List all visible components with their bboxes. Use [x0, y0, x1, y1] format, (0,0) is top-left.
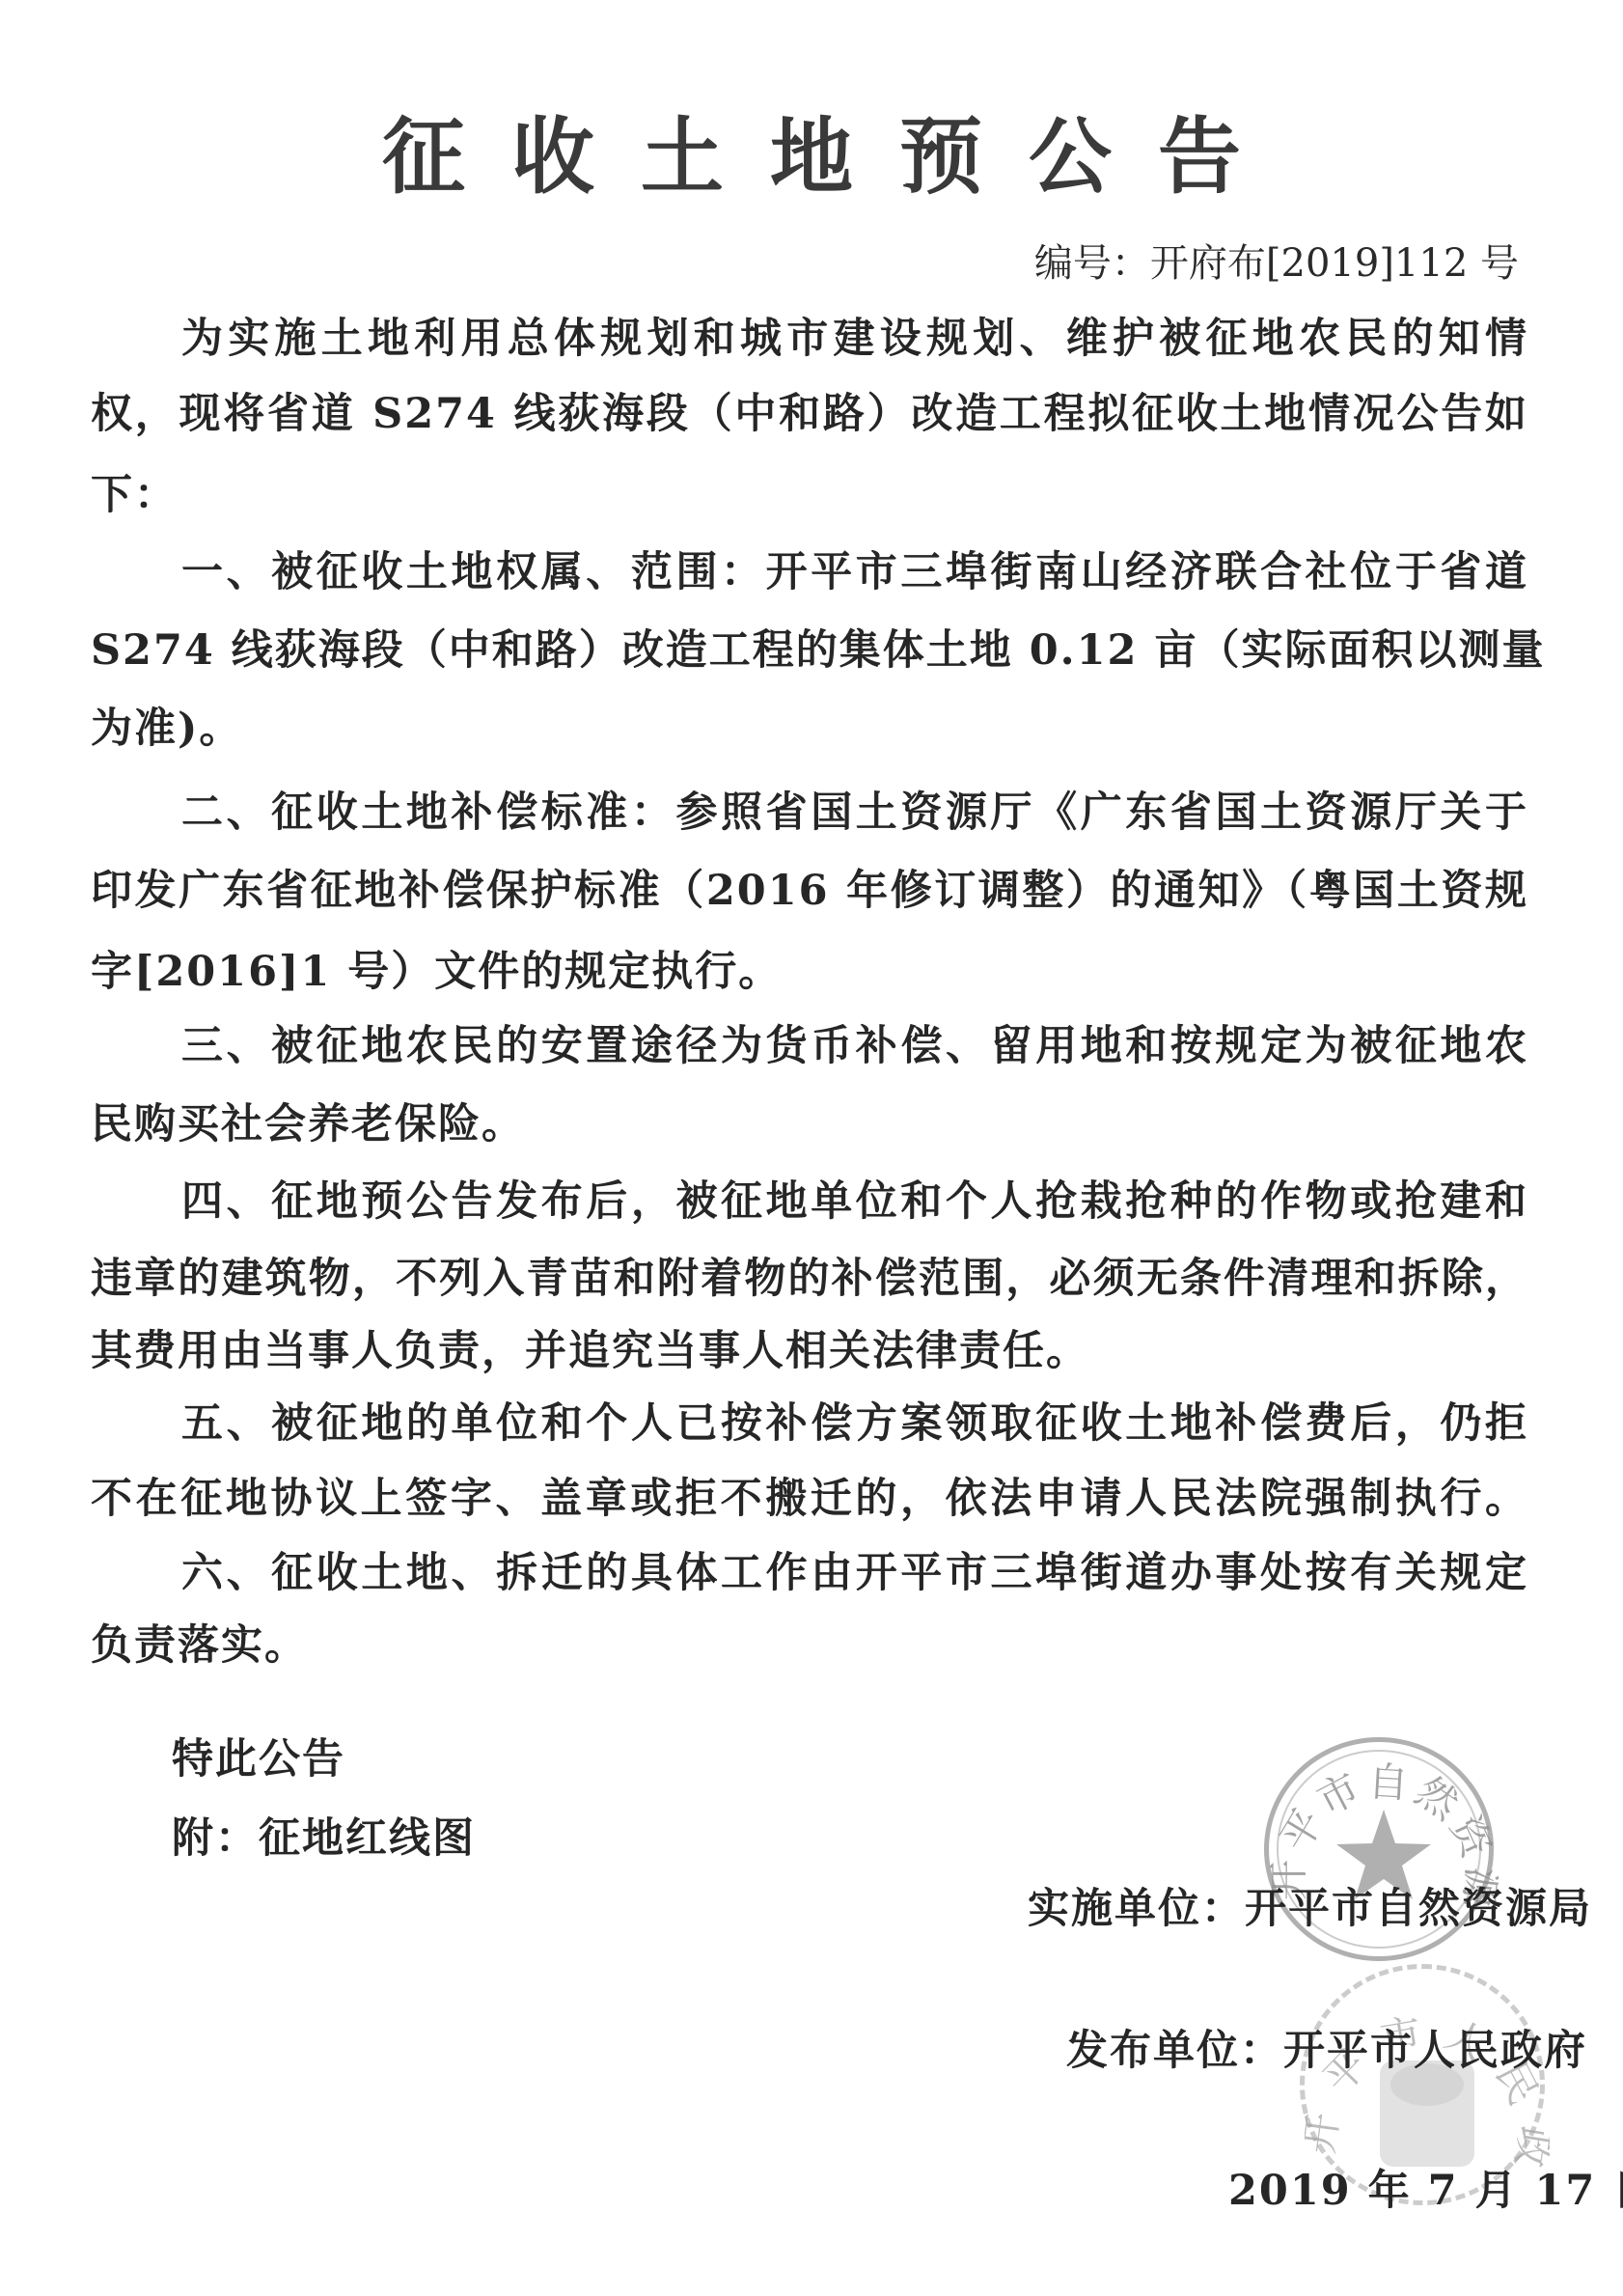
section-2-line-2: 印发广东省征地补偿保护标准（2016 年修订调整）的通知》（粤国土资规: [91, 864, 1528, 918]
section-2-line-3: 字[2016]1 号）文件的规定执行。: [91, 945, 1528, 999]
section-5-line-1: 五、被征地的单位和个人已按补偿方案领取征收土地补偿费后，仍拒: [181, 1397, 1528, 1451]
document-number: 编号：开府布[2019]112 号: [1034, 239, 1519, 288]
intro-line-1: 为实施土地利用总体规划和城市建设规划、维护被征地农民的知情: [181, 312, 1528, 366]
section-5-line-2: 不在征地协议上签字、盖章或拒不搬迁的，依法申请人民法院强制执行。: [91, 1472, 1528, 1526]
closing-text: 特此公告: [172, 1732, 345, 1786]
section-4-line-3: 其费用由当事人负责，并追究当事人相关法律责任。: [91, 1324, 1528, 1378]
issue-date: 2019 年 7 月 17 日: [1228, 2164, 1623, 2218]
intro-line-2: 权，现将省道 S274 线荻海段（中和路）改造工程拟征收土地情况公告如: [91, 387, 1528, 441]
intro-line-3: 下：: [91, 468, 1528, 522]
section-1-line-3: 为准)。: [91, 702, 1528, 756]
section-4-line-2: 违章的建筑物，不列入青苗和附着物的补偿范围，必须无条件清理和拆除，: [91, 1252, 1528, 1306]
section-2-line-1: 二、征收土地补偿标准：参照省国土资源厅《广东省国土资源厅关于: [181, 786, 1528, 840]
implementing-unit: 实施单位：开平市自然资源局: [1028, 1882, 1592, 1936]
section-1-line-1: 一、被征收土地权属、范围：开平市三埠街南山经济联合社位于省道: [181, 545, 1528, 599]
issuing-unit: 发布单位：开平市人民政府: [1066, 2024, 1587, 2078]
page-title: 征收土地预公告: [0, 104, 1623, 210]
attachment-text: 附：征地红线图: [172, 1812, 476, 1866]
section-6-line-2: 负责落实。: [91, 1618, 1528, 1673]
notice-page: 征收土地预公告 编号：开府布[2019]112 号 为实施土地利用总体规划和城市…: [0, 0, 1623, 2296]
section-3-line-2: 民购买社会养老保险。: [91, 1097, 1528, 1151]
section-4-line-1: 四、征地预公告发布后，被征地单位和个人抢栽抢种的作物或抢建和: [181, 1175, 1528, 1229]
section-1-line-2: S274 线荻海段（中和路）改造工程的集体土地 0.12 亩（实际面积以测量: [91, 623, 1528, 678]
section-3-line-1: 三、被征地农民的安置途径为货币补偿、留用地和按规定为被征地农: [181, 1019, 1528, 1073]
section-6-line-1: 六、征收土地、拆迁的具体工作由开平市三埠街道办事处按有关规定: [181, 1546, 1528, 1600]
